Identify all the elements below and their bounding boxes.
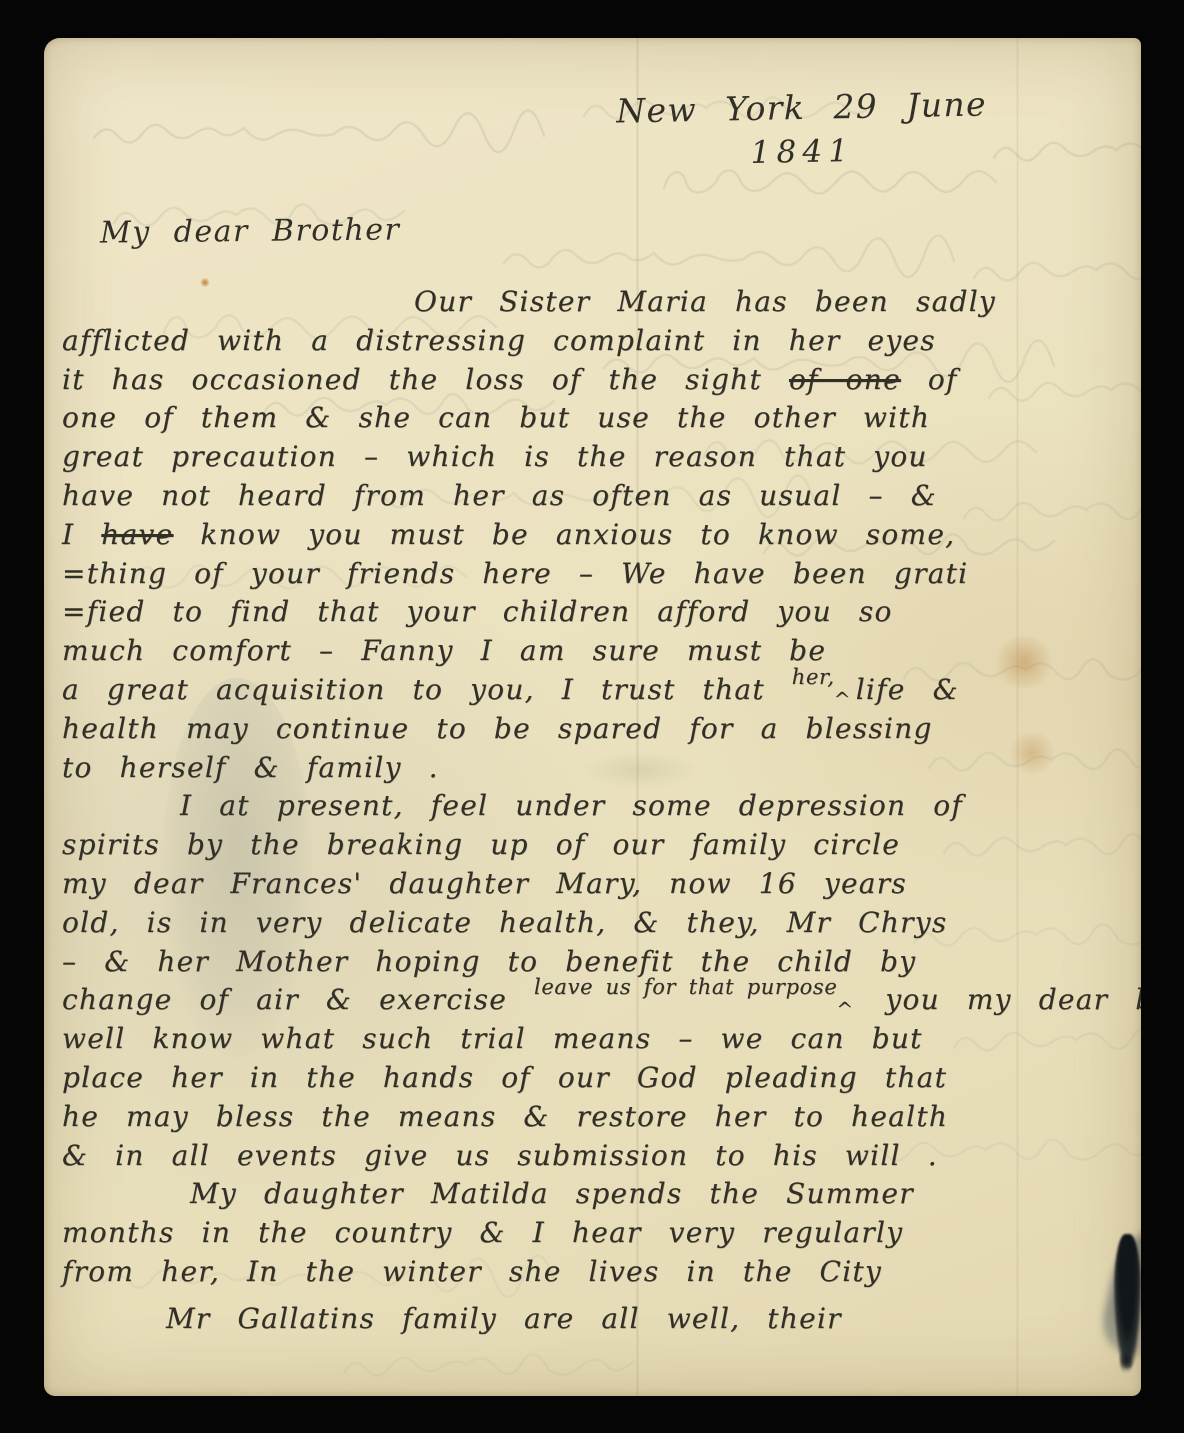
letter-line: it has occasioned the loss of the sight … <box>62 363 1136 402</box>
letter-text-segment: know you must be anxious to know some, <box>173 518 955 551</box>
letter-line: I at present, feel under some depression… <box>62 789 1136 828</box>
letter-text-segment: My daughter Matilda spends the Summer <box>190 1177 914 1210</box>
salutation: My dear Brother <box>100 212 401 250</box>
letter-text-segment: I at present, feel under some depression… <box>180 789 963 822</box>
letter-text-segment: Mr Gallatins family are all well, their <box>166 1302 842 1335</box>
letter-line: & in all events give us submission to hi… <box>62 1139 1136 1178</box>
letter-text-segment: it has occasioned the loss of the sight <box>62 363 789 396</box>
letter-line: to herself & family . <box>62 751 1136 790</box>
letter-text-segment: have not heard from her as often as usua… <box>62 479 937 512</box>
letter-line: =thing of your friends here – We have be… <box>62 557 1136 596</box>
letter-line: old, is in very delicate health, & they,… <box>62 906 1136 945</box>
letter-line: Mr Gallatins family are all well, their <box>62 1302 1136 1341</box>
letter-line: spirits by the breaking up of our family… <box>62 828 1136 867</box>
letter-line: =fied to find that your children afford … <box>62 595 1136 634</box>
letter-text-segment: my dear Frances' daughter Mary, now 16 y… <box>62 867 907 900</box>
letter-strike-segment: have <box>101 518 173 551</box>
letter-text-segment: – & her Mother hoping to benefit the chi… <box>62 945 916 978</box>
letter-line: afflicted with a distressing complaint i… <box>62 324 1136 363</box>
ink-blot-tail <box>1120 1346 1132 1376</box>
letter-page: New York 29 June 1841 My dear Brother Ou… <box>44 38 1141 1396</box>
letter-line: from her, In the winter she lives in the… <box>62 1255 1136 1294</box>
letter-text-segment: one of them & she can but use the other … <box>62 401 930 434</box>
letter-text-segment: Our Sister Maria has been sadly <box>414 285 996 318</box>
dateline: New York 29 June 1841 <box>541 83 1062 175</box>
letter-line: he may bless the means & restore her to … <box>62 1100 1136 1139</box>
letter-line: a great acquisition to you, I trust that… <box>62 673 1136 712</box>
letter-line: have not heard from her as often as usua… <box>62 479 1136 518</box>
letter-text-segment: to herself & family . <box>62 751 439 784</box>
letter-caret-segment: ^ <box>836 997 854 1021</box>
letter-text-segment: afflicted with a distressing complaint i… <box>62 324 936 357</box>
letter-text-segment: & in all events give us submission to hi… <box>62 1139 938 1172</box>
letter-line: My daughter Matilda spends the Summer <box>62 1177 1136 1216</box>
dateline-place-date: New York 29 June <box>541 83 1062 132</box>
letter-line: place her in the hands of our God pleadi… <box>62 1061 1136 1100</box>
letter-text-segment: you my dear brother <box>858 983 1141 1016</box>
scan-background: { "page": { "background_color": "#050505… <box>0 0 1184 1433</box>
letter-text-segment: health may continue to be spared for a b… <box>62 712 933 745</box>
dateline-year: 1841 <box>542 129 1063 175</box>
letter-text-segment: change of air & exercise <box>62 983 534 1016</box>
letter-text-segment: spirits by the breaking up of our family… <box>62 828 900 861</box>
letter-insert-segment: leave us for that purpose <box>534 975 837 999</box>
letter-insert-segment: her, <box>792 665 835 689</box>
letter-line: great precaution – which is the reason t… <box>62 440 1136 479</box>
letter-line: change of air & exercise leave us for th… <box>62 983 1136 1022</box>
letter-body: Our Sister Maria has been sadlyafflicted… <box>62 285 1136 1341</box>
letter-text-segment: great precaution – which is the reason t… <box>62 440 928 473</box>
letter-line: well know what such trial means – we can… <box>62 1022 1136 1061</box>
letter-line: one of them & she can but use the other … <box>62 401 1136 440</box>
letter-text-segment: much comfort – Fanny I am sure must be <box>62 634 826 667</box>
letter-line: I have know you must be anxious to know … <box>62 518 1136 557</box>
letter-text-segment: months in the country & I hear very regu… <box>62 1216 903 1249</box>
letter-text-segment: life & <box>856 673 959 706</box>
letter-text-segment: of <box>901 363 958 396</box>
letter-text-segment: old, is in very delicate health, & they,… <box>62 906 948 939</box>
letter-line: much comfort – Fanny I am sure must be <box>62 634 1136 673</box>
letter-text-segment: well know what such trial means – we can… <box>62 1022 923 1055</box>
letter-text-segment: a great acquisition to you, I trust that <box>62 673 792 706</box>
letter-text-segment: he may bless the means & restore her to … <box>62 1100 948 1133</box>
letter-text-segment: from her, In the winter she lives in the… <box>62 1255 882 1288</box>
letter-line: my dear Frances' daughter Mary, now 16 y… <box>62 867 1136 906</box>
letter-text-segment: =fied to find that your children afford … <box>62 595 893 628</box>
letter-line: months in the country & I hear very regu… <box>62 1216 1136 1255</box>
letter-line: health may continue to be spared for a b… <box>62 712 1136 751</box>
letter-text-segment: I <box>62 518 101 551</box>
letter-line: Our Sister Maria has been sadly <box>62 285 1136 324</box>
letter-strike-segment: of one <box>789 363 901 396</box>
letter-text-segment: place her in the hands of our God pleadi… <box>62 1061 947 1094</box>
letter-text-segment: =thing of your friends here – We have be… <box>62 557 968 590</box>
letter-caret-segment: ^ <box>834 687 852 711</box>
